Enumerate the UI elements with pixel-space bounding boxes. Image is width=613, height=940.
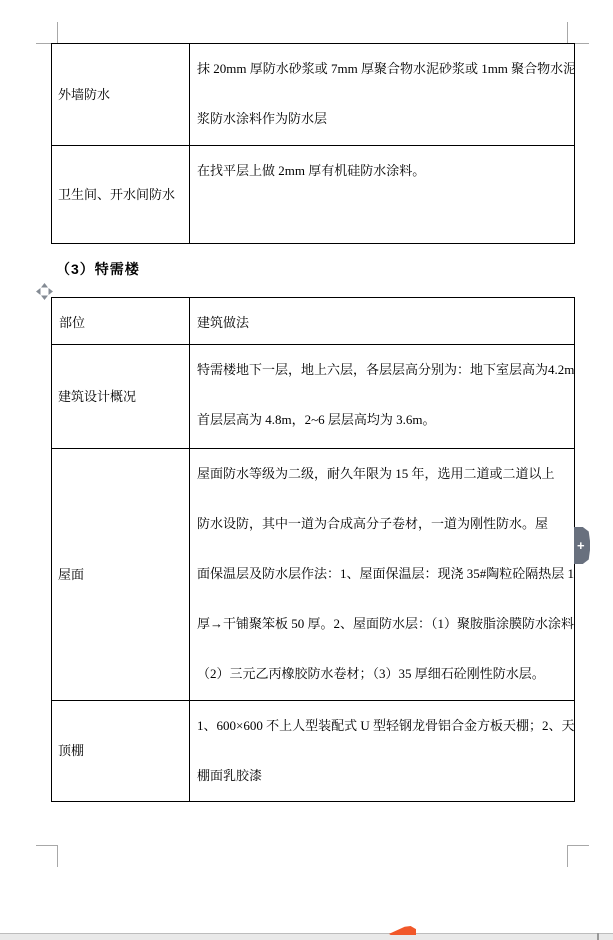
content-line: 浆防水涂料作为防水层: [197, 94, 572, 144]
row-label-cell[interactable]: 顶棚: [52, 701, 190, 802]
inter-page-gap: [0, 933, 613, 940]
content-line: 特需楼地下一层，地上六层，各层层高分别为：地下室层高为4.2m，: [197, 345, 572, 395]
row-label-cell[interactable]: 建筑设计概况: [52, 345, 190, 449]
content-line: 首层层高为 4.8m，2~6 层层高均为 3.6m。: [197, 395, 572, 445]
document-page: { "heading": "（3）特需楼", "table_waterproof…: [0, 0, 613, 940]
content-line: 抹 20mm 厚防水砂浆或 7mm 厚聚合物水泥砂浆或 1mm 聚合物水泥砂: [197, 44, 572, 94]
content-line: 1、600×600 不上人型装配式 U 型轻钢龙骨铝合金方板天棚；2、天: [197, 701, 572, 751]
section-heading[interactable]: （3）特需楼: [56, 259, 140, 279]
row-label-cell[interactable]: 卫生间、开水间防水: [52, 146, 190, 244]
row-content-cell[interactable]: 抹 20mm 厚防水砂浆或 7mm 厚聚合物水泥砂浆或 1mm 聚合物水泥砂 浆…: [190, 44, 575, 146]
content-line: 在找平层上做 2mm 厚有机硅防水涂料。: [197, 146, 572, 196]
row-content-cell[interactable]: 在找平层上做 2mm 厚有机硅防水涂料。: [190, 146, 575, 244]
table-row: 建筑设计概况 特需楼地下一层，地上六层，各层层高分别为：地下室层高为4.2m， …: [52, 345, 575, 449]
content-line: 棚面乳胶漆: [197, 751, 572, 801]
plus-icon: +: [577, 539, 585, 552]
next-page-edge: [597, 933, 599, 940]
table-row: 外墙防水 抹 20mm 厚防水砂浆或 7mm 厚聚合物水泥砂浆或 1mm 聚合物…: [52, 44, 575, 146]
side-panel-toggle-button[interactable]: +: [574, 527, 590, 564]
margin-mark-bottom-left: [36, 845, 58, 867]
table-row: 屋面 屋面防水等级为二级，耐久年限为 15 年，选用二道或二道以上 防水设防，其…: [52, 449, 575, 701]
table-row: 卫生间、开水间防水 在找平层上做 2mm 厚有机硅防水涂料。: [52, 146, 575, 244]
table-header-row: 部位 建筑做法: [52, 298, 575, 345]
content-line: 面保温层及防水层作法：1、屋面保温层：现浇 35#陶粒砼隔热层 100: [197, 549, 572, 599]
margin-mark-top-left: [36, 22, 58, 44]
content-line: 屋面防水等级为二级，耐久年限为 15 年，选用二道或二道以上: [197, 449, 572, 499]
row-content-cell[interactable]: 屋面防水等级为二级，耐久年限为 15 年，选用二道或二道以上 防水设防，其中一道…: [190, 449, 575, 701]
content-line: 厚→干铺聚笨板 50 厚。2、屋面防水层：（1）聚胺脂涂膜防水涂料；: [197, 599, 572, 649]
orange-swoosh-graphic: [389, 926, 416, 935]
row-label-cell[interactable]: 外墙防水: [52, 44, 190, 146]
row-label-cell[interactable]: 屋面: [52, 449, 190, 701]
content-line: （2）三元乙丙橡胶防水卷材；（3）35 厚细石砼刚性防水层。: [197, 649, 572, 699]
waterproof-table: 外墙防水 抹 20mm 厚防水砂浆或 7mm 厚聚合物水泥砂浆或 1mm 聚合物…: [51, 43, 575, 244]
special-building-table: 部位 建筑做法 建筑设计概况 特需楼地下一层，地上六层，各层层高分别为：地下室层…: [51, 297, 575, 802]
margin-mark-bottom-right: [567, 845, 589, 867]
row-content-cell[interactable]: 1、600×600 不上人型装配式 U 型轻钢龙骨铝合金方板天棚；2、天 棚面乳…: [190, 701, 575, 802]
header-cell-method[interactable]: 建筑做法: [190, 298, 575, 345]
header-cell-part[interactable]: 部位: [52, 298, 190, 345]
table-row: 顶棚 1、600×600 不上人型装配式 U 型轻钢龙骨铝合金方板天棚；2、天 …: [52, 701, 575, 802]
row-content-cell[interactable]: 特需楼地下一层，地上六层，各层层高分别为：地下室层高为4.2m， 首层层高为 4…: [190, 345, 575, 449]
margin-mark-top-right: [567, 22, 589, 44]
content-line: 防水设防，其中一道为合成高分子卷材，一道为刚性防水。屋: [197, 499, 572, 549]
